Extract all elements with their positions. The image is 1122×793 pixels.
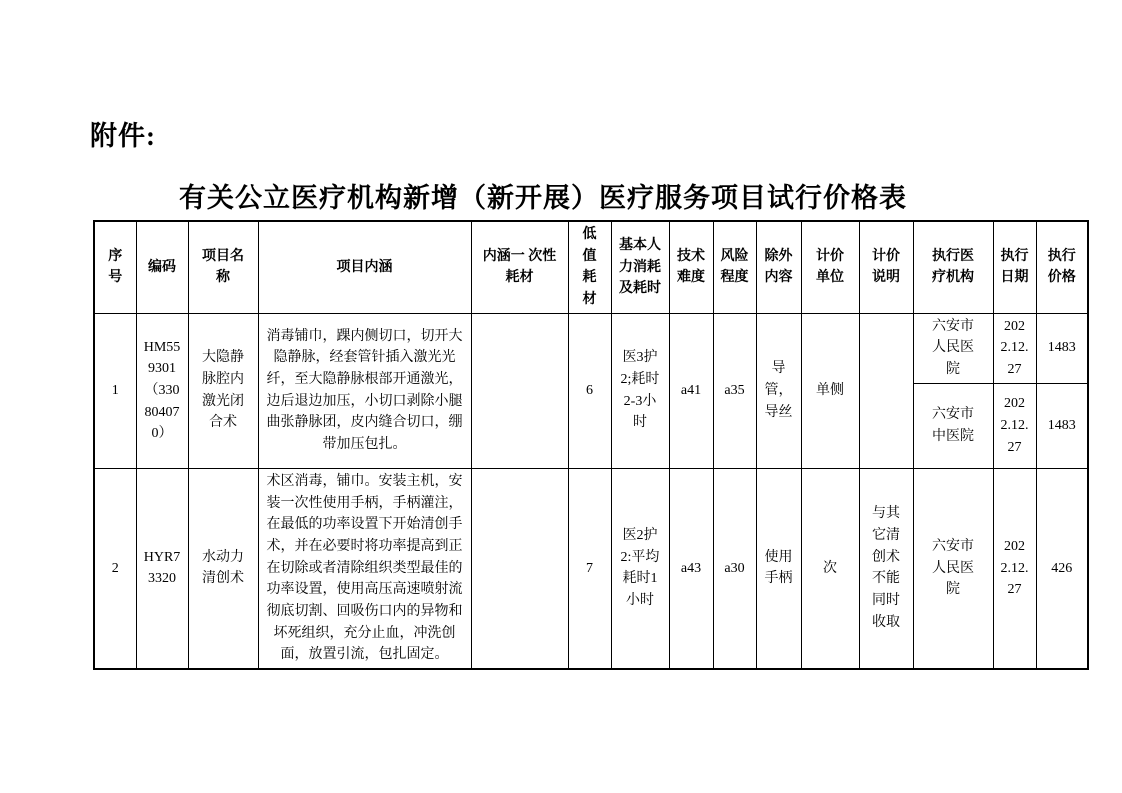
col-header-hospital: 执行医疗机构 [913, 221, 993, 313]
col-header-unit-label: 计价单位 [814, 246, 846, 289]
cell-exec-price: 1483 [1036, 313, 1088, 383]
col-header-unit: 计价单位 [801, 221, 859, 313]
cell-project-name: 大隐静脉腔内激光闭合术 [188, 313, 258, 468]
col-header-risk: 风险程度 [713, 221, 756, 313]
cell-exclusions: 使用手柄 [756, 468, 801, 669]
cell-pricing-note: 与其它清创术不能同时收取 [859, 468, 913, 669]
cell-code: HYR73320 [136, 468, 188, 669]
cell-pricing-note-label: 与其它清创术不能同时收取 [870, 503, 902, 633]
cell-disposable-consumables [471, 468, 568, 669]
cell-exec-price: 426 [1036, 468, 1088, 669]
document-page: 附件: 有关公立医疗机构新增（新开展）医疗服务项目试行价格表 序号 编码 项目名… [0, 0, 1122, 793]
cell-unit: 单侧 [801, 313, 859, 468]
col-header-difficulty: 技术难度 [669, 221, 713, 313]
cell-difficulty: a41 [669, 313, 713, 468]
table-row: 1 HM559301（330804070） 大隐静脉腔内激光闭合术 消毒铺巾，踝… [94, 313, 1088, 383]
cell-exec-date: 2022.12.27 [993, 313, 1036, 383]
col-header-seq: 序号 [94, 221, 136, 313]
cell-exec-price: 1483 [1036, 383, 1088, 468]
col-header-exec-price: 执行价格 [1036, 221, 1088, 313]
cell-project-content: 术区消毒，铺巾。安装主机，安装一次性使用手柄，手柄灌注，在最低的功率设置下开始清… [258, 468, 471, 669]
col-header-project-name: 项目名称 [188, 221, 258, 313]
price-table: 序号 编码 项目名称 项目内涵 内涵一 次性耗材 低值耗材 基本人力消耗及耗时 … [93, 220, 1089, 670]
col-header-hospital-label: 执行医疗机构 [930, 246, 976, 289]
cell-difficulty: a43 [669, 468, 713, 669]
col-header-code: 编码 [136, 221, 188, 313]
col-header-project-content: 项目内涵 [258, 221, 471, 313]
col-header-low-value-label: 低值耗材 [581, 224, 597, 311]
col-header-exec-date: 执行日期 [993, 221, 1036, 313]
cell-low-value-consumables: 7 [568, 468, 611, 669]
col-header-pricing-note: 计价说明 [859, 221, 913, 313]
cell-seq: 1 [94, 313, 136, 468]
cell-hospital-label: 六安市人民医院 [930, 536, 976, 601]
cell-exec-date: 2022.12.27 [993, 383, 1036, 468]
cell-risk: a30 [713, 468, 756, 669]
cell-hospital: 六安市人民医院 [913, 313, 993, 383]
cell-low-value-consumables: 6 [568, 313, 611, 468]
attachment-label: 附件: [90, 114, 156, 153]
cell-hospital: 六安市人民医院 [913, 468, 993, 669]
cell-exclusions: 导管，导丝 [756, 313, 801, 468]
cell-disposable-consumables [471, 313, 568, 468]
col-header-exclusions: 除外内容 [756, 221, 801, 313]
cell-pricing-note [859, 313, 913, 468]
table-header-row: 序号 编码 项目名称 项目内涵 内涵一 次性耗材 低值耗材 基本人力消耗及耗时 … [94, 221, 1088, 313]
cell-manpower: 医3护2;耗时2-3小时 [611, 313, 669, 468]
page-title: 有关公立医疗机构新增（新开展）医疗服务项目试行价格表 [93, 176, 993, 215]
col-header-manpower: 基本人力消耗及耗时 [611, 221, 669, 313]
cell-hospital-label: 六安市中医院 [930, 404, 976, 447]
table-row: 2 HYR73320 水动力清创术 术区消毒，铺巾。安装主机，安装一次性使用手柄… [94, 468, 1088, 669]
col-header-disposable-consumables: 内涵一 次性耗材 [471, 221, 568, 313]
cell-project-name: 水动力清创术 [188, 468, 258, 669]
cell-hospital-label: 六安市人民医院 [930, 316, 976, 381]
col-header-low-value-consumables: 低值耗材 [568, 221, 611, 313]
cell-unit: 次 [801, 468, 859, 669]
cell-code: HM559301（330804070） [136, 313, 188, 468]
cell-exec-date: 2022.12.27 [993, 468, 1036, 669]
cell-seq: 2 [94, 468, 136, 669]
col-header-pricing-note-label: 计价说明 [870, 246, 902, 289]
cell-risk: a35 [713, 313, 756, 468]
cell-hospital: 六安市中医院 [913, 383, 993, 468]
cell-manpower: 医2护2:平均耗时1小时 [611, 468, 669, 669]
cell-project-content: 消毒铺巾，踝内侧切口，切开大隐静脉，经套管针插入激光光纤，至大隐静脉根部开通激光… [258, 313, 471, 468]
